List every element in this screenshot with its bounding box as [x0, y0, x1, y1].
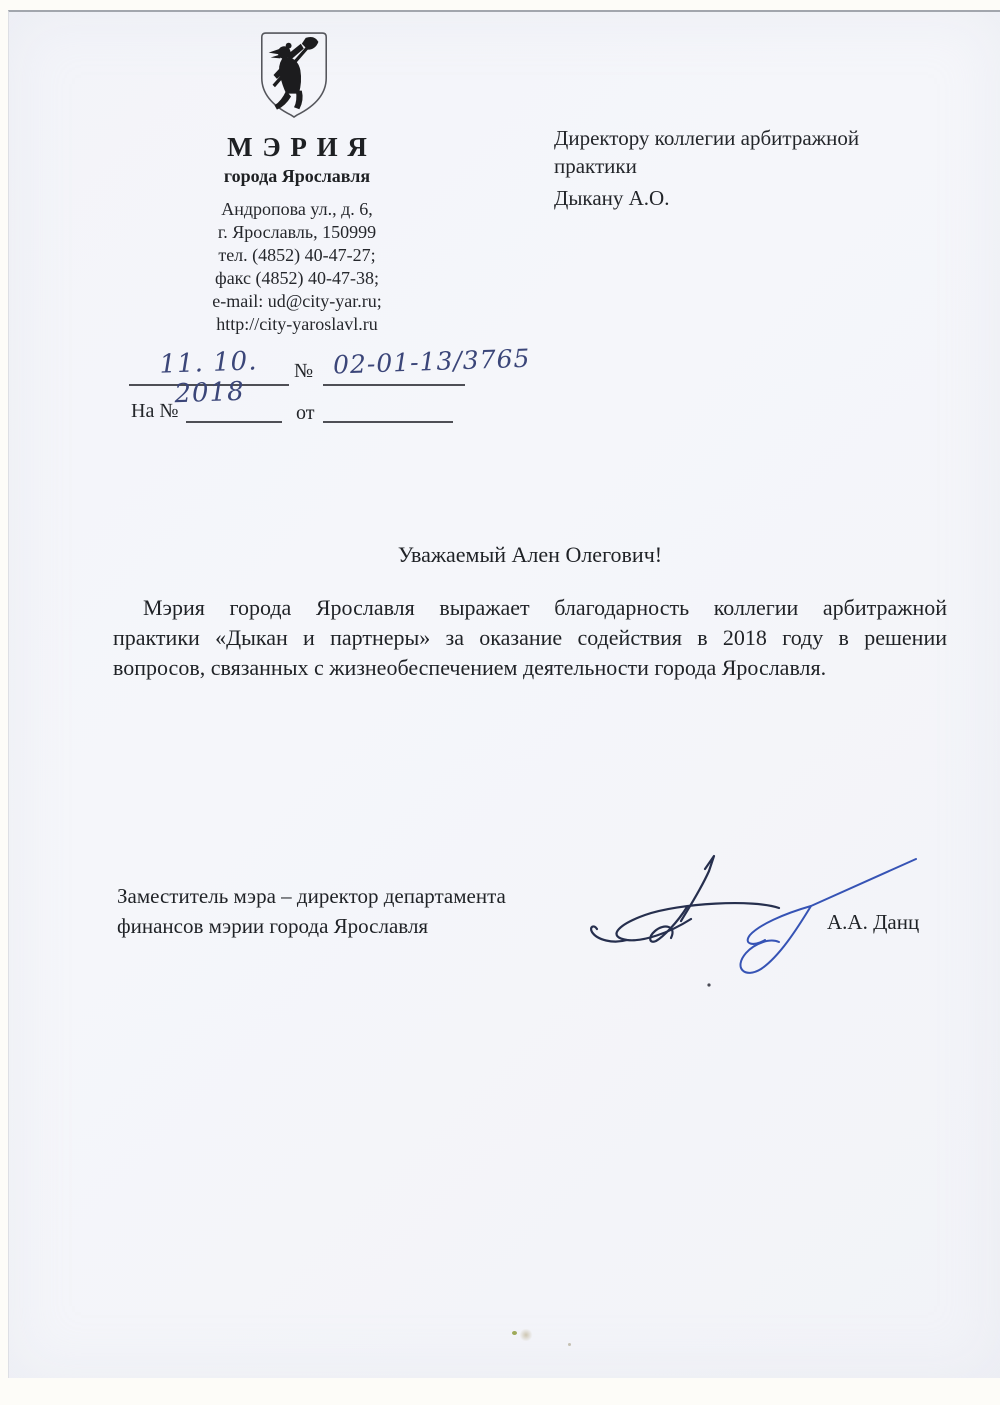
org-name: МЭРИЯ — [137, 132, 457, 163]
reply-from-label: от — [296, 402, 314, 425]
recipient-name: Дыкану А.О. — [554, 184, 924, 212]
scan-speck — [568, 1343, 571, 1346]
recipient-line: практики — [554, 152, 924, 180]
yaroslavl-coat-of-arms-icon — [253, 29, 335, 128]
address-line: г. Ярославль, 150999 — [137, 221, 457, 244]
signer-title-line: финансов мэрии города Ярославля — [117, 911, 587, 941]
org-subtitle: города Ярославля — [137, 166, 457, 187]
signer-title: Заместитель мэра – директор департамента… — [117, 881, 587, 941]
address-line: факс (4852) 40-47-38; — [137, 267, 457, 290]
recipient-line: Директору коллегии арбитражной — [554, 124, 924, 152]
reply-to-label: На № — [131, 400, 178, 423]
number-sign: № — [294, 360, 313, 383]
body-line: Мэрия города Ярославля выражает благодар… — [113, 593, 947, 623]
handwritten-signature — [569, 845, 1000, 1000]
paper-sheet: МЭРИЯ города Ярославля Андропова ул., д.… — [8, 10, 1000, 1378]
reply-number-field — [186, 383, 282, 423]
scan-speck — [512, 1331, 517, 1335]
scan-smudge — [519, 1329, 533, 1341]
reply-date-field — [323, 383, 453, 423]
address-line: http://city-yaroslavl.ru — [137, 313, 457, 336]
body-line: практики «Дыкан и партнеры» за оказание … — [113, 623, 947, 653]
body-line: вопросов, связанных с жизнеобеспечением … — [113, 653, 947, 683]
address-line: e-mail: ud@city-yar.ru; — [137, 290, 457, 313]
letterhead: МЭРИЯ города Ярославля Андропова ул., д.… — [137, 29, 457, 336]
scanned-letter-page: { "letterhead": { "emblem": "yaroslavl-c… — [0, 0, 1000, 1405]
salutation: Уважаемый Ален Олегович! — [114, 542, 946, 568]
letter-body: Мэрия города Ярославля выражает благодар… — [113, 593, 947, 683]
address-line: тел. (4852) 40-47-27; — [137, 244, 457, 267]
address-line: Андропова ул., д. 6, — [137, 198, 457, 221]
signer-name: А.А. Данц — [827, 910, 919, 935]
signer-title-line: Заместитель мэра – директор департамента — [117, 881, 587, 911]
org-address: Андропова ул., д. 6, г. Ярославль, 15099… — [137, 198, 457, 336]
recipient-block: Директору коллегии арбитражной практики … — [554, 124, 924, 212]
outgoing-date-field: 11. 10. 2018 — [129, 348, 289, 386]
